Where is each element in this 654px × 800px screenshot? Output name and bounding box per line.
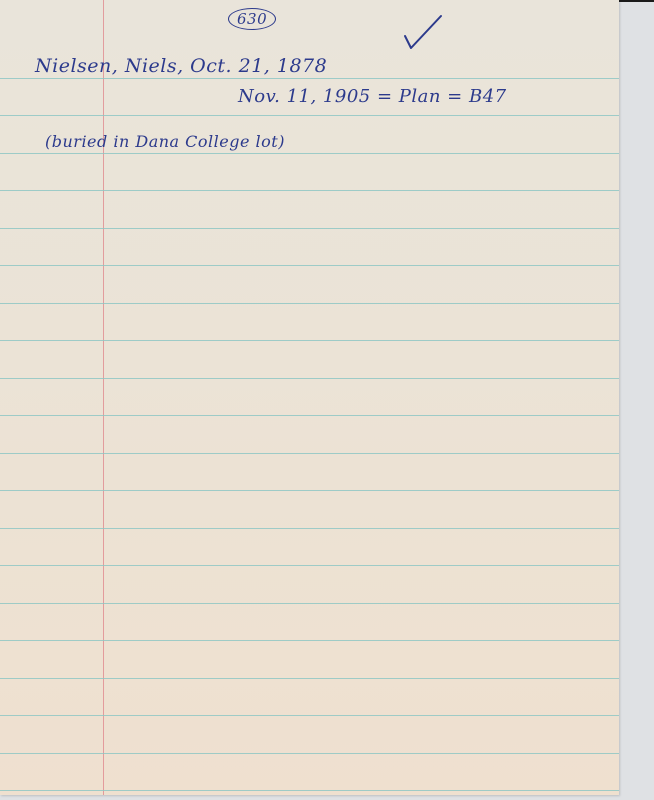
rule-line (0, 490, 619, 491)
rule-line (0, 453, 619, 454)
rule-line (0, 790, 619, 791)
notebook-page: 630 Nielsen, Niels, Oct. 21, 1878 Nov. 1… (0, 0, 619, 795)
margin-line (103, 0, 104, 795)
rule-line (0, 753, 619, 754)
rule-line (0, 115, 619, 116)
page-number: 630 (228, 8, 276, 30)
rule-line (0, 565, 619, 566)
rule-line (0, 678, 619, 679)
rule-line (0, 190, 619, 191)
rule-line (0, 303, 619, 304)
rule-line (0, 153, 619, 154)
rule-line (0, 228, 619, 229)
rule-line (0, 415, 619, 416)
rule-line (0, 603, 619, 604)
rule-line (0, 640, 619, 641)
entry-burial-note: (buried in Dana College lot) (45, 132, 285, 151)
scan-edge (619, 0, 654, 2)
rule-line (0, 528, 619, 529)
check-mark-icon (403, 14, 443, 54)
entry-death-plot: Nov. 11, 1905 = Plan = B47 (238, 86, 507, 107)
rule-line (0, 378, 619, 379)
rule-line (0, 340, 619, 341)
rule-line (0, 78, 619, 79)
rule-line (0, 265, 619, 266)
rule-line (0, 715, 619, 716)
entry-name-birth: Nielsen, Niels, Oct. 21, 1878 (35, 55, 327, 77)
